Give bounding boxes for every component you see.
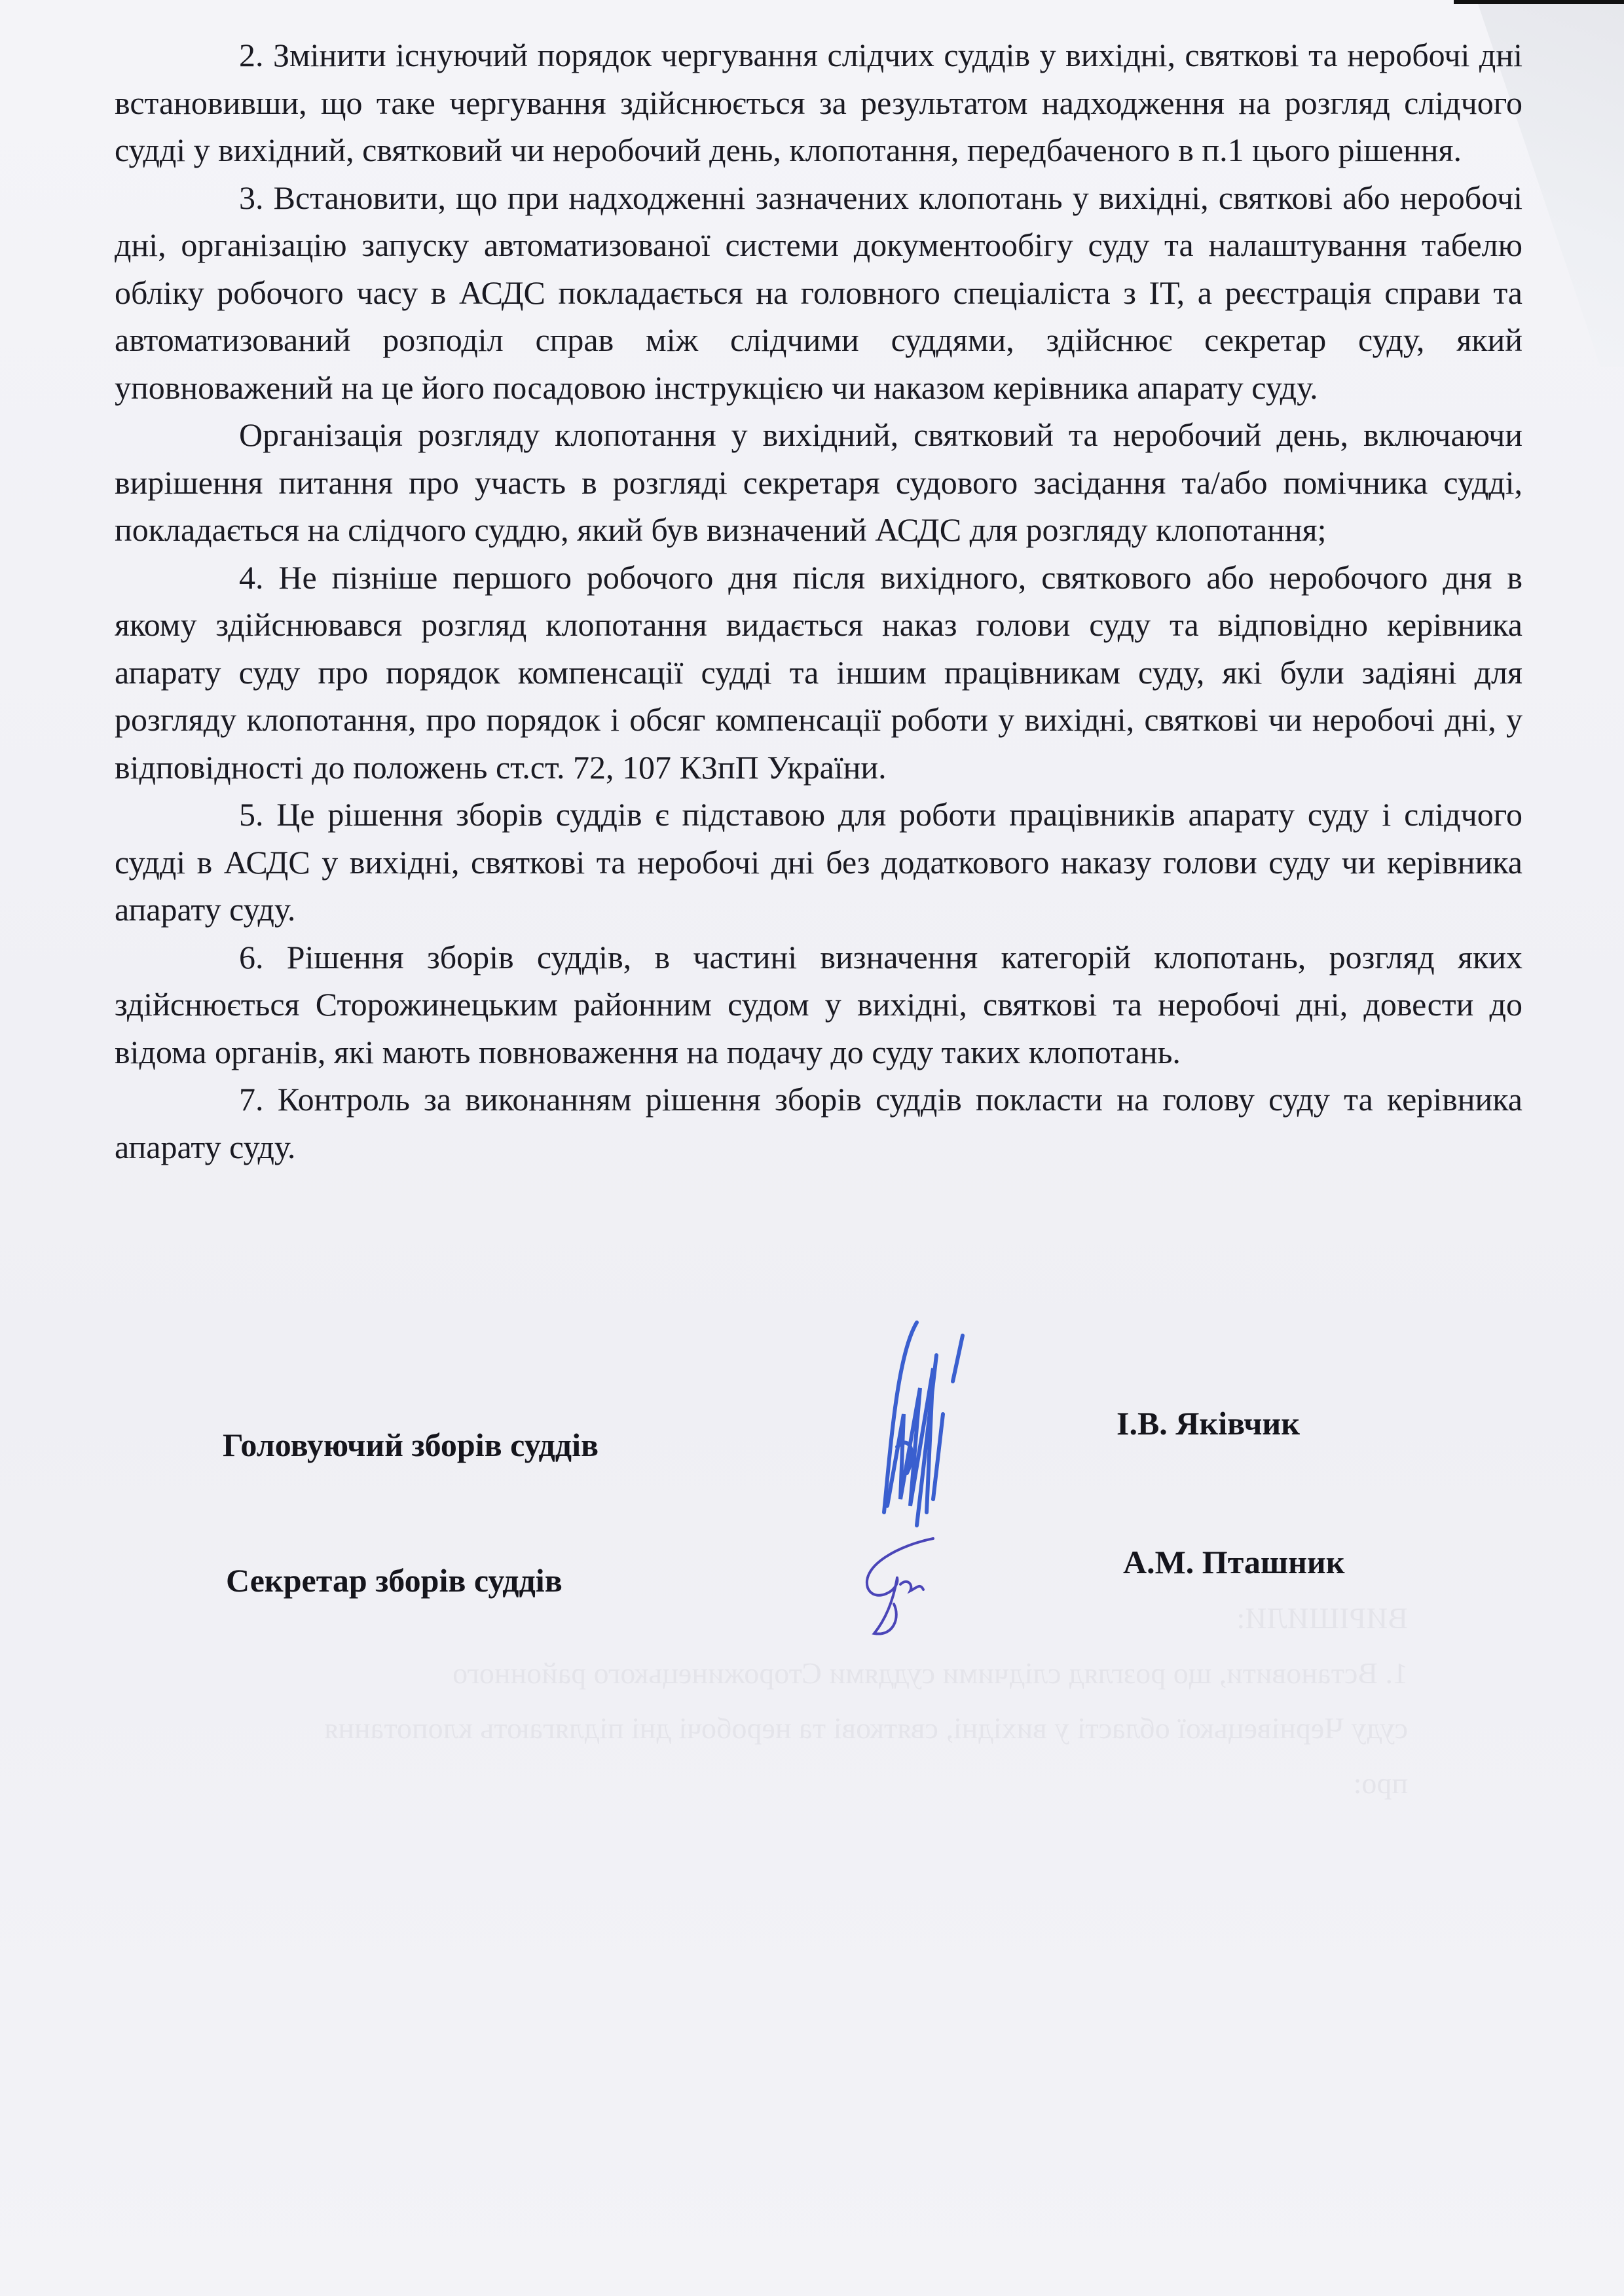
paragraph-4: 4. Не пізніше першого робочого дня після…: [115, 554, 1522, 792]
bleed-through-text: ВИРІШИЛИ: 1. Встановити, що розгляд слід…: [52, 1591, 1408, 1811]
paragraph-2: 2. Змінити існуючий порядок чергування с…: [115, 31, 1522, 174]
document-page: ВИРІШИЛИ: 1. Встановити, що розгляд слід…: [0, 0, 1624, 2296]
paragraph-3: 3. Встановити, що при надходженні зазнач…: [115, 174, 1522, 412]
paragraph-6: 6. Рішення зборів суддів, в частині визн…: [115, 934, 1522, 1076]
paragraph-7: 7. Контроль за виконанням рішення зборів…: [115, 1076, 1522, 1171]
chair-role-label: Головуючий зборів суддів: [223, 1426, 599, 1464]
paragraph-5: 5. Це рішення зборів суддів є підставою …: [115, 791, 1522, 934]
chair-signature-icon: [871, 1316, 1002, 1539]
paragraph-3-continued: Організація розгляду клопотання у вихідн…: [115, 411, 1522, 554]
scan-edge: [1454, 0, 1624, 4]
secretary-name: А.М. Пташник: [1123, 1543, 1345, 1581]
chair-name: І.В. Яківчик: [1116, 1404, 1300, 1442]
secretary-signature-icon: [848, 1532, 953, 1643]
decision-body: 2. Змінити існуючий порядок чергування с…: [115, 31, 1522, 1171]
